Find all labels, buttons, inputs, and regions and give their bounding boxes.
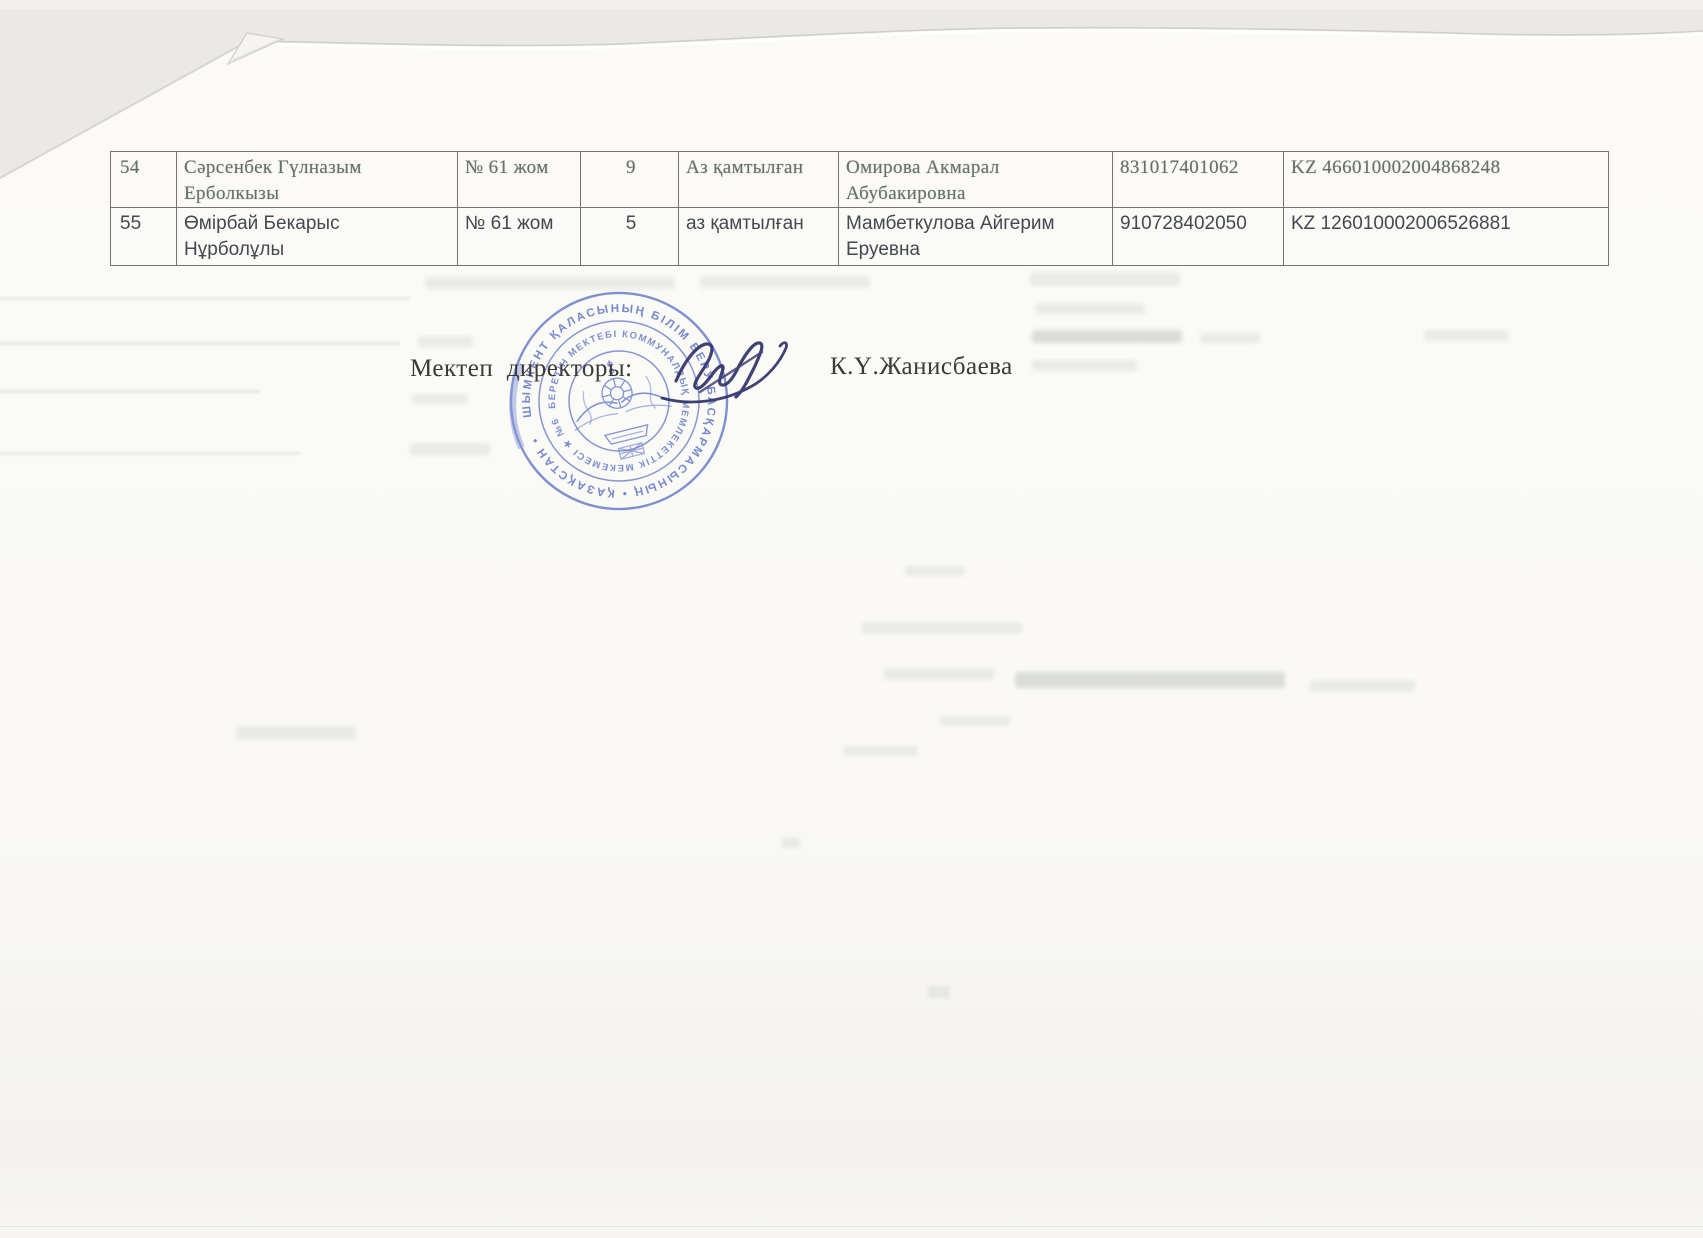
school: № 61 жом xyxy=(465,211,576,237)
student-name: Өмірбай Бекарыс Нұрболұлы xyxy=(184,211,389,263)
scan-streak xyxy=(0,452,300,455)
scan-streak xyxy=(0,342,400,345)
bleed-through-smudge xyxy=(1424,330,1509,341)
scan-streak xyxy=(0,297,410,300)
grade-cell: 9 xyxy=(581,152,679,208)
bleed-through-smudge xyxy=(1035,303,1145,314)
school-cell: № 61 жом xyxy=(458,152,581,208)
bleed-through-smudge xyxy=(1015,672,1285,688)
category: Аз қамтылған xyxy=(686,155,834,181)
bleed-through-smudge xyxy=(884,668,994,680)
director-name: К.Ү.Жанисбаева xyxy=(830,353,1013,381)
table-row: 54 Сәрсенбек Гүлназым Ерболкызы № 61 жом… xyxy=(111,152,1609,208)
category-cell: аз қамтылған xyxy=(679,208,839,266)
bleed-through-smudge xyxy=(1030,272,1180,286)
bleed-through-smudge xyxy=(410,443,490,455)
bleed-through-smudge xyxy=(236,726,356,740)
account-number: KZ 466010002004868248 xyxy=(1291,155,1604,181)
student-name-cell: Өмірбай Бекарыс Нұрболұлы xyxy=(177,208,458,266)
bleed-through-smudge xyxy=(905,566,965,576)
iin: 831017401062 xyxy=(1120,155,1279,181)
bleed-through-smudge xyxy=(1200,333,1260,343)
category-cell: Аз қамтылған xyxy=(679,152,839,208)
student-table: 54 Сәрсенбек Гүлназым Ерболкызы № 61 жом… xyxy=(110,151,1609,266)
school-cell: № 61 жом xyxy=(458,208,581,266)
bleed-through-smudge xyxy=(782,838,800,848)
bleed-through-smudge xyxy=(1032,360,1137,371)
bleed-through-smudge xyxy=(418,336,473,347)
account-cell: KZ 126010002006526881 xyxy=(1284,208,1609,266)
bleed-through-smudge xyxy=(843,746,918,756)
table-row: 55 Өмірбай Бекарыс Нұрболұлы № 61 жом 5 … xyxy=(111,208,1609,266)
scanned-page: 54 Сәрсенбек Гүлназым Ерболкызы № 61 жом… xyxy=(0,0,1703,1238)
corner-fold-crease xyxy=(233,40,278,60)
bleed-through-smudge xyxy=(928,986,950,998)
row-number: 55 xyxy=(118,211,172,237)
row-number: 54 xyxy=(118,155,172,181)
iin-cell: 910728402050 xyxy=(1113,208,1284,266)
account-cell: KZ 466010002004868248 xyxy=(1284,152,1609,208)
page-top-edge-highlight xyxy=(248,31,1703,49)
row-number-cell: 55 xyxy=(111,208,177,266)
parent-name-cell: Мамбеткулова Айгерим Еруевна xyxy=(839,208,1113,266)
school: № 61 жом xyxy=(465,155,576,181)
grade: 9 xyxy=(588,155,674,181)
corner-fold xyxy=(228,33,283,64)
scanner-top-strip xyxy=(0,0,1703,9)
category: аз қамтылған xyxy=(686,211,834,237)
director-signature xyxy=(650,330,810,415)
student-name: Сәрсенбек Гүлназым Ерболкызы xyxy=(184,155,389,207)
parent-name-cell: Омирова Акмарал Абубакировна xyxy=(839,152,1113,208)
bleed-through-smudge xyxy=(1310,680,1415,692)
page-bottom-edge xyxy=(0,1226,1703,1238)
parent-name: Омирова Акмарал Абубакировна xyxy=(846,155,1058,207)
iin: 910728402050 xyxy=(1120,211,1279,237)
grade: 5 xyxy=(588,211,674,237)
bleed-through-smudge xyxy=(412,394,467,404)
student-name-cell: Сәрсенбек Гүлназым Ерболкызы xyxy=(177,152,458,208)
parent-name: Мамбеткулова Айгерим Еруевна xyxy=(846,211,1058,263)
bleed-through-smudge xyxy=(862,622,1022,634)
iin-cell: 831017401062 xyxy=(1113,152,1284,208)
director-label: Мектеп директоры: xyxy=(410,355,633,383)
bleed-through-smudge xyxy=(940,716,1010,726)
bleed-through-smudge xyxy=(1032,330,1182,343)
page-top-edge-line xyxy=(248,28,1703,46)
scan-streak xyxy=(0,390,260,393)
grade-cell: 5 xyxy=(581,208,679,266)
account-number: KZ 126010002006526881 xyxy=(1291,211,1604,237)
row-number-cell: 54 xyxy=(111,152,177,208)
